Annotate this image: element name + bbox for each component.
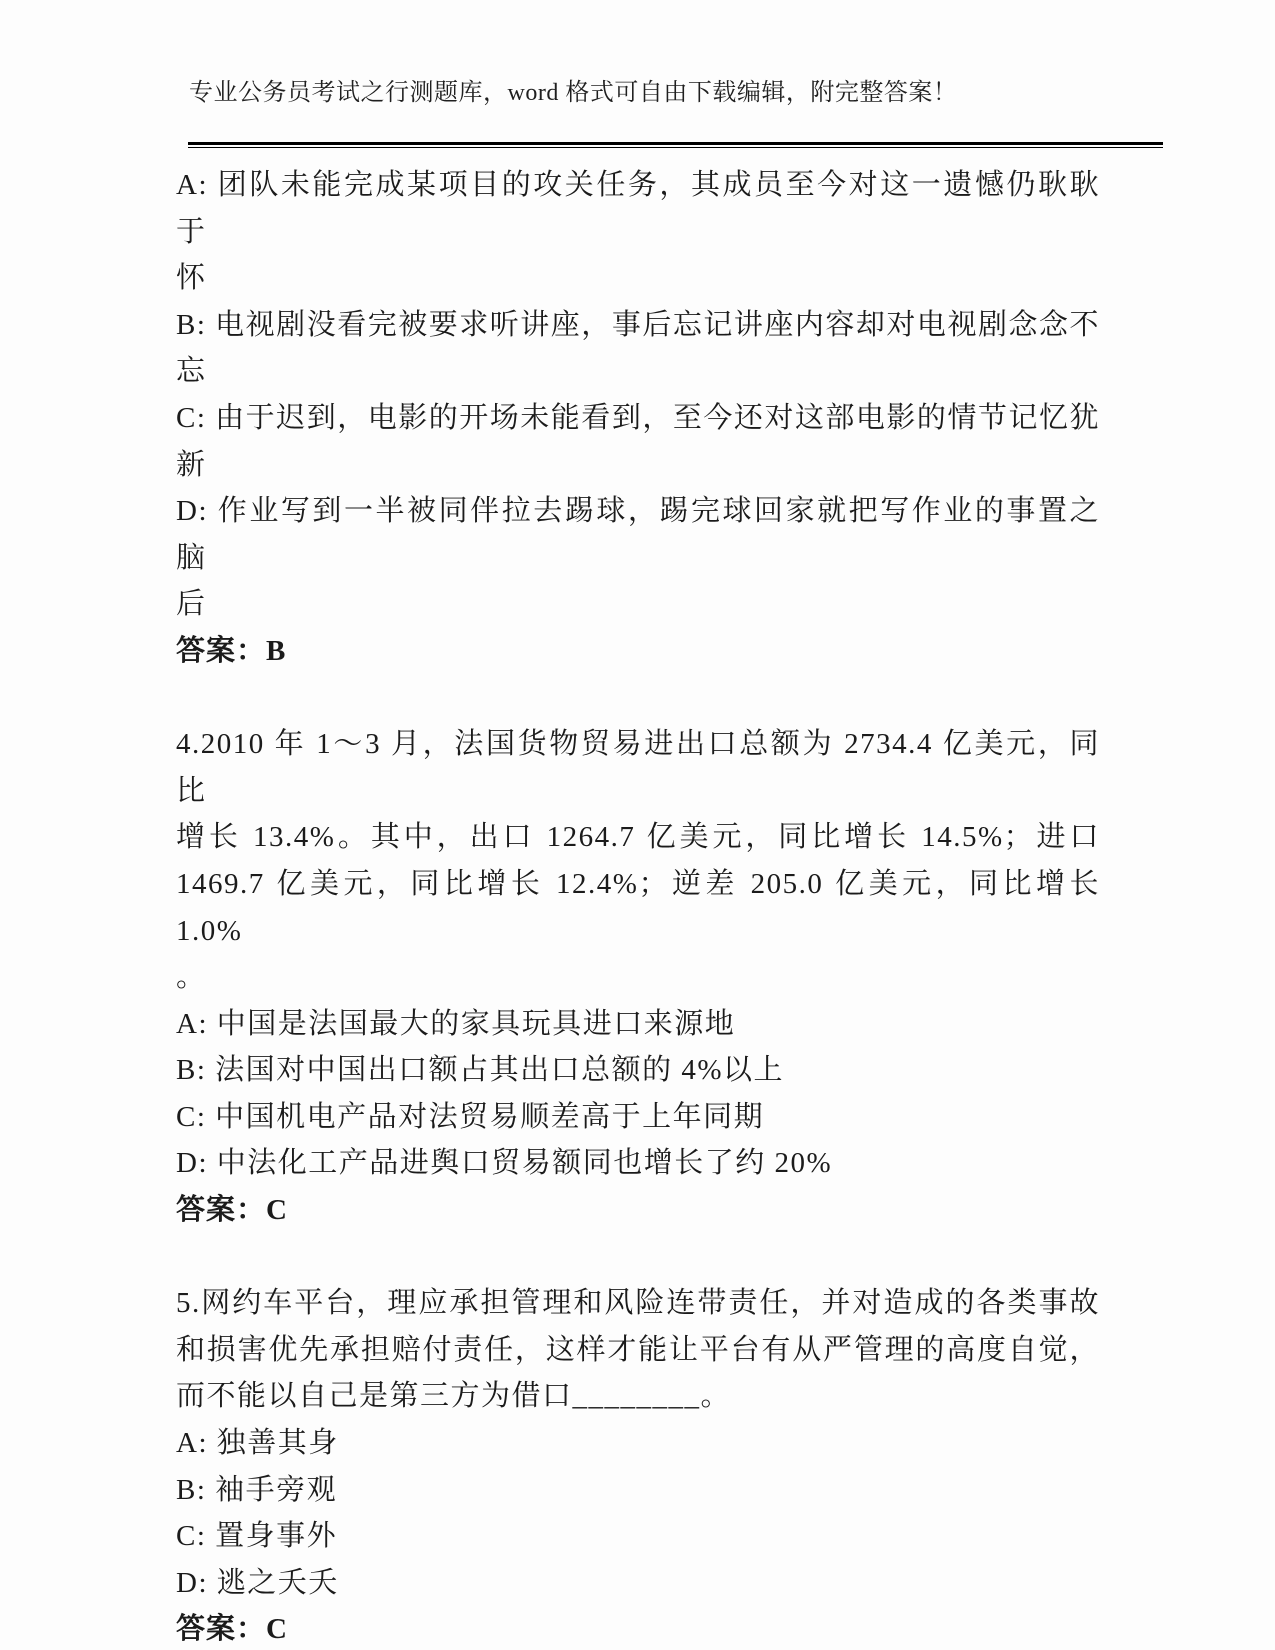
q3-option-b-line-2: 忘 (176, 348, 1100, 395)
document-page: 专业公务员考试之行测题库，word 格式可自由下载编辑，附完整答案！ A: 团队… (0, 0, 1275, 1650)
q5-stem-line-3: 而不能以自己是第三方为借口________。 (176, 1373, 1100, 1420)
q3-option-d-line-1: D: 作业写到一半被同伴拉去踢球，踢完球回家就把写作业的事置之脑 (176, 488, 1100, 581)
q3-option-d-line-2: 后 (176, 581, 1100, 628)
q4-answer-line: 答案：C (176, 1187, 1100, 1234)
q3-option-a-line-2: 怀 (176, 255, 1100, 302)
question-3-options-block: A: 团队未能完成某项目的攻关任务，其成员至今对这一遗憾仍耿耿于 怀 B: 电视… (176, 162, 1100, 675)
header-rule (188, 142, 1163, 148)
q4-stem-line-1: 4.2010 年 1～3 月，法国货物贸易进出口总额为 2734.4 亿美元，同… (176, 721, 1100, 814)
q5-option-c-line: C: 置身事外 (176, 1513, 1100, 1560)
q5-stem-line-1: 5.网约车平台，理应承担管理和风险连带责任，并对造成的各类事故 (176, 1280, 1100, 1327)
q5-option-d-line: D: 逃之夭夭 (176, 1560, 1100, 1607)
q3-option-a-line-1: A: 团队未能完成某项目的攻关任务，其成员至今对这一遗憾仍耿耿于 (176, 162, 1100, 255)
q4-stem-line-4: 。 (176, 954, 1100, 1001)
q4-option-c-line: C: 中国机电产品对法贸易顺差高于上年同期 (176, 1094, 1100, 1141)
question-4-block: 4.2010 年 1～3 月，法国货物贸易进出口总额为 2734.4 亿美元，同… (176, 721, 1100, 1234)
q4-option-d-line: D: 中法化工产品进舆口贸易额同也增长了约 20% (176, 1140, 1100, 1187)
q3-option-c-line-2: 新 (176, 442, 1100, 489)
q3-option-c-line-1: C: 由于迟到，电影的开场未能看到，至今还对这部电影的情节记忆犹 (176, 395, 1100, 442)
q3-answer-line: 答案：B (176, 628, 1100, 675)
q5-option-b-line: B: 袖手旁观 (176, 1467, 1100, 1514)
header-title: 专业公务员考试之行测题库，word 格式可自由下载编辑，附完整答案！ (189, 72, 1164, 107)
question-5-block: 5.网约车平台，理应承担管理和风险连带责任，并对造成的各类事故 和损害优先承担赔… (176, 1280, 1100, 1650)
q5-option-a-line: A: 独善其身 (176, 1420, 1100, 1467)
q4-option-a-line: A: 中国是法国最大的家具玩具进口来源地 (176, 1001, 1100, 1048)
q5-stem-line-2: 和损害优先承担赔付责任，这样才能让平台有从严管理的高度自觉， (176, 1327, 1100, 1374)
q4-stem-line-2: 增长 13.4%。其中，出口 1264.7 亿美元，同比增长 14.5%；进口 (176, 814, 1100, 861)
document-body: A: 团队未能完成某项目的攻关任务，其成员至今对这一遗憾仍耿耿于 怀 B: 电视… (176, 162, 1100, 1650)
q5-answer-line: 答案：C (176, 1606, 1100, 1650)
q4-stem-line-3: 1469.7 亿美元，同比增长 12.4%；逆差 205.0 亿美元，同比增长 … (176, 861, 1100, 954)
q3-option-b-line-1: B: 电视剧没看完被要求听讲座，事后忘记讲座内容却对电视剧念念不 (176, 302, 1100, 349)
q4-option-b-line: B: 法国对中国出口额占其出口总额的 4%以上 (176, 1047, 1100, 1094)
